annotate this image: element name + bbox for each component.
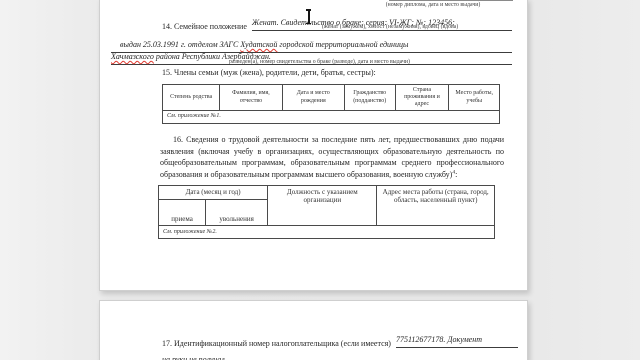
item16-paragraph: 16. Сведения о трудовой деятельности за … [160,134,504,180]
family-table-note-row: См. приложение №1. [163,111,500,124]
family-table-note: См. приложение №1. [163,111,500,124]
item14-label: 14. Семейное положение [162,22,252,31]
work-history-table: Дата (месяц и год) Должность с указанием… [158,185,495,239]
family-table-header-row: Степень родства Фамилия, имя, отчество Д… [163,85,500,111]
line3-misspelled-word: Хачмазского [111,52,154,61]
item17-value-line2: на руки не получал [162,355,225,360]
diploma-caption: (номер диплома, дата и место выдачи) [358,2,508,9]
item17-row-2: на руки не получал [162,349,446,360]
work-table-note-row: См. приложение №2. [159,226,495,239]
work-table-header-hired: приема [159,200,206,226]
family-table-header-country: Страна проживания и адрес [395,85,449,111]
text-cursor-i-beam [305,9,312,24]
item17-field-line-2: на руки не получал [162,349,446,360]
item17-field-line: 775112677178. Документ [396,329,518,348]
document-page-1: (номер диплома, дата и место выдачи) 14.… [99,0,528,291]
family-members-table: Степень родства Фамилия, имя, отчество Д… [162,84,500,124]
work-table-header-address: Адрес места работы (страна, город, облас… [377,186,495,226]
document-page-2: 17. Идентификационный номер налогоплател… [99,300,528,360]
cutoff-field-line [389,0,513,1]
family-table-header-work: Место работы, учебы [449,85,500,111]
family-table-header-birth: Дата и место рождения [282,85,344,111]
family-table-header-name: Фамилия, имя, отчество [220,85,282,111]
item16-colon: : [455,170,457,179]
divorce-caption: разведен(а), номер свидетельства о браке… [162,59,477,66]
work-table-header-position: Должность с указанием организации [268,186,377,226]
marital-status-caption: (женат (замужем), холост (незамужняя), в… [290,24,490,31]
work-table-note: См. приложение №2. [159,226,495,239]
item17-row: 17. Идентификационный номер налогоплател… [162,329,518,348]
item17-value-line1: 775112677178. Документ [396,335,482,344]
family-table-header-kinship: Степень родства [163,85,220,111]
work-table-header-fired: увольнения [206,200,268,226]
family-table-header-citizenship: Гражданство (подданство) [344,85,395,111]
work-table-header-row-1: Дата (месяц и год) Должность с указанием… [159,186,495,200]
item17-label: 17. Идентификационный номер налогоплател… [162,339,396,348]
item15-label: 15. Члены семьи (муж (жена), родители, д… [162,68,376,78]
work-table-header-date-group: Дата (месяц и год) [159,186,268,200]
